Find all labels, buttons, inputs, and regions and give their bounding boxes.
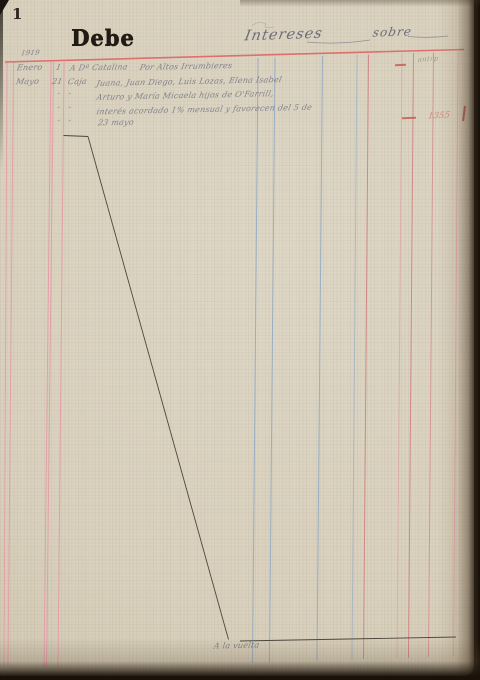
header-rule — [5, 50, 464, 63]
page-edge-bottom — [0, 638, 480, 680]
entry-account: A Dª Catalina — [69, 62, 129, 72]
ruled-lines — [0, 0, 474, 676]
ledger-page: 1 Debe Intereses sobre 1919 antrp Enero … — [0, 0, 474, 676]
entry-detail: 23 mayo — [97, 118, 135, 128]
page-number: 1 — [12, 5, 23, 23]
corner-notch — [0, 0, 9, 15]
entry-month: Enero — [16, 63, 43, 73]
cancellation-line — [64, 136, 457, 642]
pink-column-rules — [4, 62, 64, 667]
page-edge-top — [240, 0, 480, 7]
header-script-right: sobre — [372, 24, 414, 39]
page-title: Debe — [71, 24, 135, 51]
entry-day: 21 — [51, 77, 63, 86]
pencil-note: antrp — [417, 54, 439, 63]
entry-account: Caja — [67, 77, 88, 86]
year-note: 1919 — [20, 49, 40, 57]
blue-column-rules — [253, 55, 358, 663]
red-dash-mark — [395, 63, 406, 65]
entry-month: Mayo — [15, 77, 40, 86]
header-script-left: Intereses — [243, 26, 324, 45]
page-edge-right — [438, 0, 480, 680]
ledger-scan: 1 Debe Intereses sobre 1919 antrp Enero … — [0, 0, 480, 680]
page-edge-left — [0, 0, 3, 170]
